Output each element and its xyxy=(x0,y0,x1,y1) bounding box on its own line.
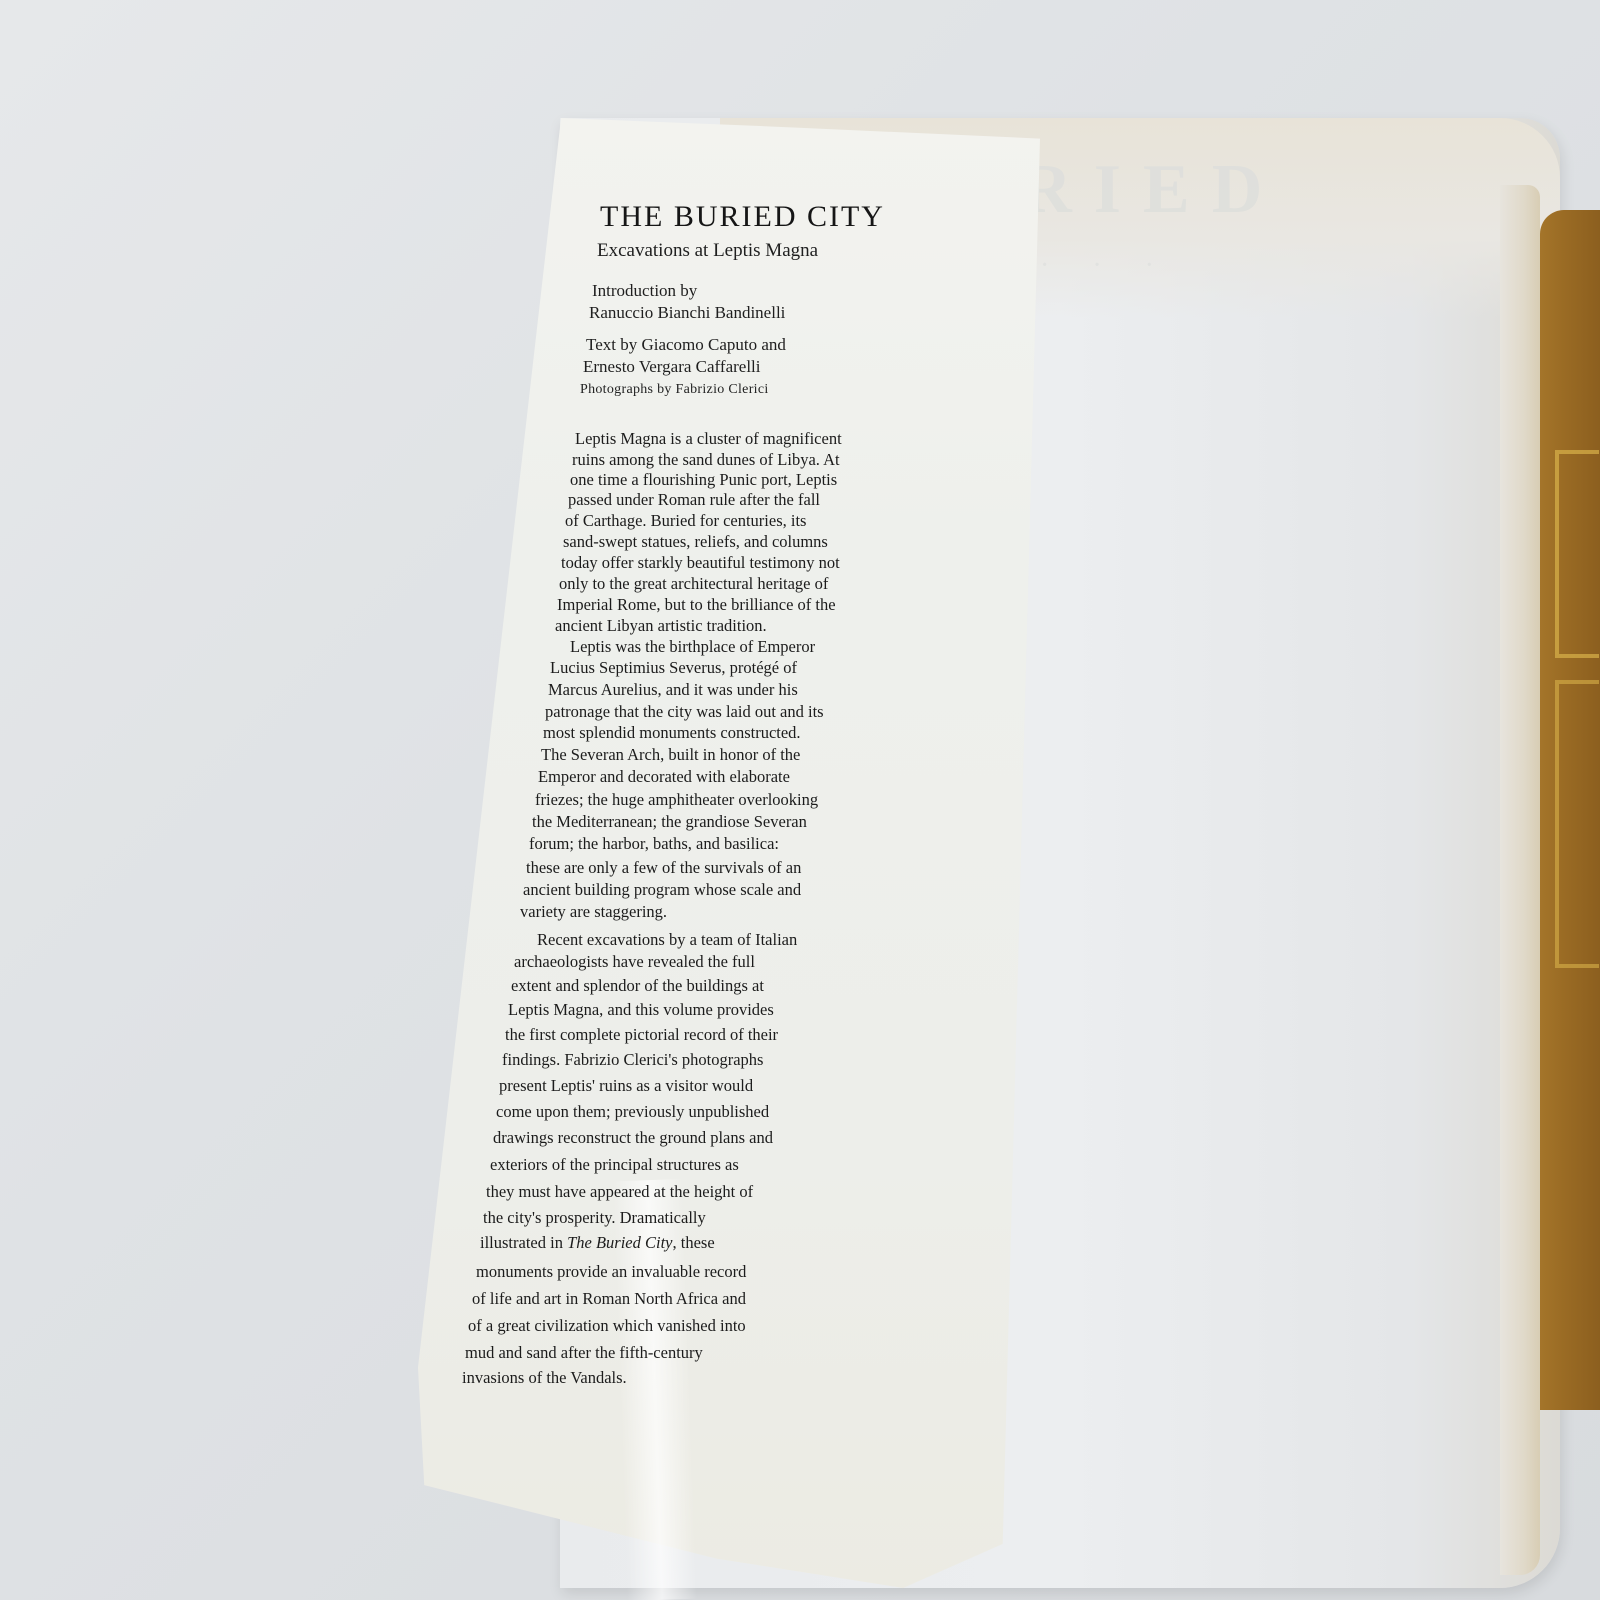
photo-scene: BURIED · · · THE BURIED CITY Excavations… xyxy=(0,0,1600,1600)
body-line: archaeologists have revealed the full xyxy=(514,952,755,972)
body-line: present Leptis' ruins as a visitor would xyxy=(499,1076,753,1096)
body-line: patronage that the city was laid out and… xyxy=(545,702,824,722)
body-line: the first complete pictorial record of t… xyxy=(505,1025,778,1045)
introduction-label: Introduction by xyxy=(592,280,697,302)
body-line-with-italic: illustrated in The Buried City, these xyxy=(480,1233,715,1253)
body-line: Leptis was the birthplace of Emperor xyxy=(570,637,815,657)
body-line: one time a flourishing Punic port, Lepti… xyxy=(570,470,837,490)
body-line: of a great civilization which vanished i… xyxy=(468,1316,746,1336)
body-line: ancient building program whose scale and xyxy=(523,880,801,900)
body-line: today offer starkly beautiful testimony … xyxy=(561,553,840,573)
photographer-credit: Photographs by Fabrizio Clerici xyxy=(580,382,769,398)
body-line: only to the great architectural heritage… xyxy=(559,574,828,594)
body-line: sand-swept statues, reliefs, and columns xyxy=(563,532,828,552)
body-line: come upon them; previously unpublished xyxy=(496,1102,769,1122)
body-line: they must have appeared at the height of xyxy=(486,1182,753,1202)
body-line: the Mediterranean; the grandiose Severan xyxy=(532,812,807,832)
body-line: forum; the harbor, baths, and basilica: xyxy=(529,834,779,854)
body-line: Recent excavations by a team of Italian xyxy=(537,930,797,950)
body-line: these are only a few of the survivals of… xyxy=(526,858,801,878)
body-line: Leptis Magna is a cluster of magnificent xyxy=(575,429,842,449)
body-line: ancient Libyan artistic tradition. xyxy=(555,616,767,636)
body-line: the city's prosperity. Dramatically xyxy=(483,1208,706,1228)
body-line: variety are staggering. xyxy=(520,902,667,922)
book-title: THE BURIED CITY xyxy=(600,200,885,234)
body-line: Imperial Rome, but to the brilliance of … xyxy=(557,595,836,615)
body-line: extent and splendor of the buildings at xyxy=(511,976,764,996)
body-line: invasions of the Vandals. xyxy=(462,1368,627,1388)
body-line: of life and art in Roman North Africa an… xyxy=(472,1289,746,1309)
body-line: findings. Fabrizio Clerici's photographs xyxy=(502,1050,763,1070)
introduction-author: Ranuccio Bianchi Bandinelli xyxy=(589,302,785,324)
text-authors-line1: Text by Giacomo Caputo and xyxy=(586,334,786,356)
body-line: Leptis Magna, and this volume provides xyxy=(508,1000,774,1020)
flap-text: THE BURIED CITY Excavations at Leptis Ma… xyxy=(0,0,1600,1600)
body-line: Lucius Septimius Severus, protégé of xyxy=(550,658,797,678)
body-line: ruins among the sand dunes of Libya. At xyxy=(572,450,840,470)
body-line: friezes; the huge amphitheater overlooki… xyxy=(535,790,818,810)
body-line: Marcus Aurelius, and it was under his xyxy=(548,680,798,700)
text-authors-line2: Ernesto Vergara Caffarelli xyxy=(583,356,761,378)
body-line: The Severan Arch, built in honor of the xyxy=(541,745,800,765)
body-line: drawings reconstruct the ground plans an… xyxy=(493,1128,773,1148)
italic-book-title: The Buried City xyxy=(567,1233,672,1252)
body-line: passed under Roman rule after the fall xyxy=(568,490,820,510)
body-line: exteriors of the principal structures as xyxy=(490,1155,739,1175)
body-line: Emperor and decorated with elaborate xyxy=(538,767,790,787)
body-line: mud and sand after the fifth-century xyxy=(465,1343,703,1363)
body-line: most splendid monuments constructed. xyxy=(543,723,801,743)
body-line: monuments provide an invaluable record xyxy=(476,1262,746,1282)
book-subtitle: Excavations at Leptis Magna xyxy=(597,240,818,262)
body-line: of Carthage. Buried for centuries, its xyxy=(565,511,806,531)
